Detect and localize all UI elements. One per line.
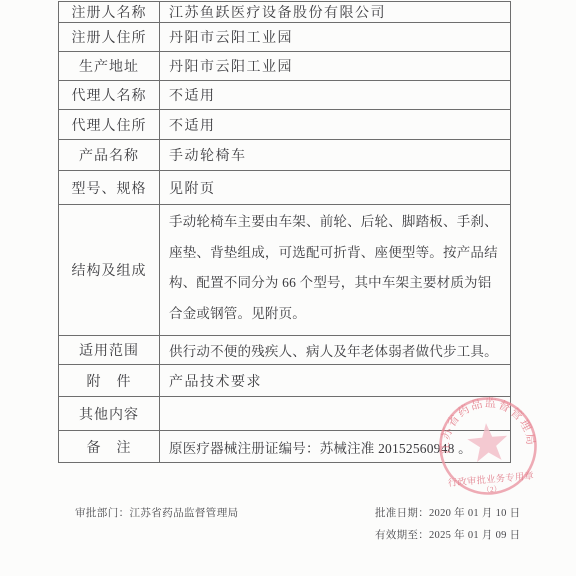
row-label: 注册人名称 <box>59 2 160 22</box>
table-row: 其他内容 <box>59 397 510 431</box>
approval-department-value: 江苏省药品监督管理局 <box>130 508 239 519</box>
row-value: 手动轮椅车主要由车架、前轮、后轮、脚踏板、手刹、座垫、背垫组成，可选配可折背、座… <box>160 205 510 335</box>
row-value: 供行动不便的残疾人、病人及年老体弱者做代步工具。 <box>160 336 510 364</box>
row-label: 产品名称 <box>59 140 160 170</box>
row-label: 结构及组成 <box>59 205 160 335</box>
row-label: 型号、规格 <box>59 171 160 204</box>
row-label: 其他内容 <box>59 397 160 430</box>
approval-department-label: 审批部门： <box>75 508 130 519</box>
row-value: 不适用 <box>160 110 510 139</box>
row-label: 适用范围 <box>59 336 160 364</box>
seal-purpose-text: 行政审批业务专用章 <box>447 470 534 489</box>
row-label: 附 件 <box>59 365 160 396</box>
table-row: 代理人住所 不适用 <box>59 110 510 140</box>
row-value: 丹阳市云阳工业园 <box>160 52 510 80</box>
footer-dates: 批准日期：2020 年 01 月 10 日 有效期至：2025 年 01 月 0… <box>375 505 520 541</box>
approval-date-value: 2020 年 01 月 10 日 <box>429 508 520 519</box>
table-row: 生产地址 丹阳市云阳工业园 <box>59 52 510 81</box>
valid-until-value: 2025 年 01 月 09 日 <box>429 530 520 541</box>
table-row: 代理人名称 不适用 <box>59 81 510 110</box>
valid-until-label: 有效期至： <box>375 530 429 541</box>
row-value: 丹阳市云阳工业园 <box>160 23 510 51</box>
table-row: 产品名称 手动轮椅车 <box>59 140 510 171</box>
row-value: 产品技术要求 <box>160 365 510 396</box>
row-label: 生产地址 <box>59 52 160 80</box>
row-value: 原医疗器械注册证编号：苏械注准 20152560948 。 <box>160 431 510 462</box>
table-row: 型号、规格 见附页 <box>59 171 510 205</box>
table-row: 注册人名称 江苏鱼跃医疗设备股份有限公司 <box>59 2 510 23</box>
seal-number-text: （2） <box>482 484 501 495</box>
approval-department: 审批部门：江苏省药品监督管理局 <box>75 505 239 520</box>
row-label: 代理人名称 <box>59 81 160 109</box>
table-row: 备 注 原医疗器械注册证编号：苏械注准 20152560948 。 <box>59 431 510 462</box>
table-row: 结构及组成 手动轮椅车主要由车架、前轮、后轮、脚踏板、手刹、座垫、背垫组成，可选… <box>59 205 510 336</box>
approval-date-label: 批准日期： <box>375 508 429 519</box>
table-row: 注册人住所 丹阳市云阳工业园 <box>59 23 510 52</box>
row-value: 见附页 <box>160 171 510 204</box>
row-value: 江苏鱼跃医疗设备股份有限公司 <box>160 2 510 22</box>
table-row: 适用范围 供行动不便的残疾人、病人及年老体弱者做代步工具。 <box>59 336 510 365</box>
row-label: 注册人住所 <box>59 23 160 51</box>
row-value: 不适用 <box>160 81 510 109</box>
approval-date: 批准日期：2020 年 01 月 10 日 <box>375 505 520 519</box>
valid-until: 有效期至：2025 年 01 月 09 日 <box>375 527 520 541</box>
row-value: 手动轮椅车 <box>160 140 510 170</box>
certificate-table: 注册人名称 江苏鱼跃医疗设备股份有限公司 注册人住所 丹阳市云阳工业园 生产地址… <box>58 1 511 463</box>
certificate-page: 注册人名称 江苏鱼跃医疗设备股份有限公司 注册人住所 丹阳市云阳工业园 生产地址… <box>0 0 576 576</box>
row-label: 代理人住所 <box>59 110 160 139</box>
row-value <box>160 397 510 430</box>
table-row: 附 件 产品技术要求 <box>59 365 510 397</box>
row-label: 备 注 <box>59 431 160 462</box>
